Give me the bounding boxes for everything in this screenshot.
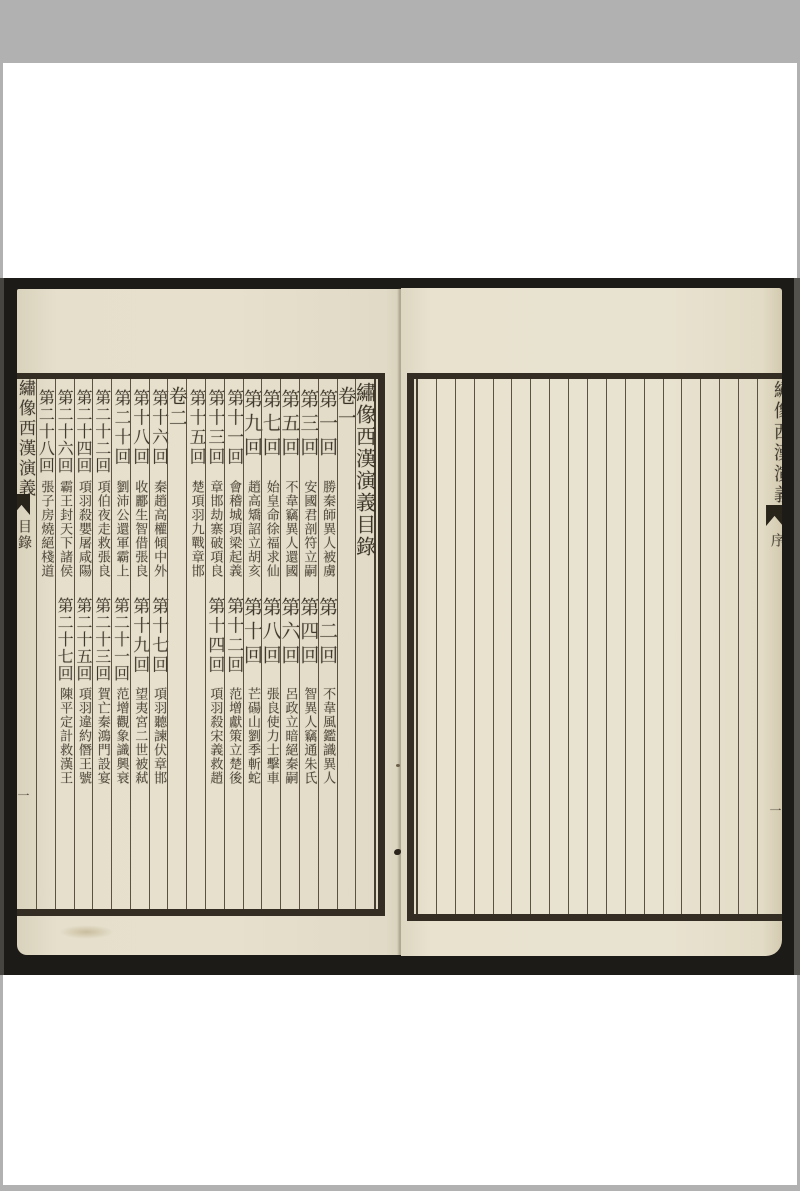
fishtail-mark: [17, 494, 30, 515]
blank-column: [607, 379, 626, 914]
spine-title: 繡像西漢演義: [17, 379, 36, 499]
left-page: 繡像西漢演義 目錄 一 第二十八回張子房燒絕棧道第二十六回霸王封天下諸侯第二十七…: [17, 289, 401, 955]
chapter-title: 勝秦師異人被虜: [318, 480, 337, 578]
chapter-title: 芒碭山劉季斬蛇: [243, 687, 262, 785]
chapter-title: 不韋風鑑識異人: [318, 687, 337, 785]
blank-column: [531, 379, 550, 914]
chapter-title: 項羽殺嬰屠咸陽: [74, 480, 93, 578]
photo-left-edge: [0, 278, 4, 975]
spine-title: 繡像西漢演義: [768, 380, 782, 506]
chapter-title: 項伯夜走救張良: [93, 480, 112, 578]
blank-column: [494, 379, 513, 914]
chapter-title: 會稽城項梁起義: [224, 480, 243, 578]
right-page-frame: 繡像西漢演義 序 一: [407, 373, 782, 921]
ink-speck: [396, 764, 400, 767]
chapter-title: 張良使力士擊車: [262, 687, 281, 785]
toc-header: 繡像西漢演義目錄: [351, 382, 380, 558]
spine-section-label: 目錄: [17, 519, 34, 551]
left-page-spine: 繡像西漢演義 目錄 一: [17, 379, 36, 909]
chapter-title: 賀亡秦鴻門設宴: [93, 687, 112, 785]
chapter-title: 呂政立暗絕秦嗣: [281, 687, 300, 785]
chapter-title: 霸王封天下諸侯: [55, 480, 74, 578]
right-frame-left-border: [407, 379, 418, 914]
toc-column: 第二十六回霸王封天下諸侯第二十七回陳平定計救漢王: [55, 379, 74, 909]
chapter-title: 楚項羽九戰章邯: [187, 480, 206, 578]
blank-column: [418, 379, 437, 914]
toc-column: 第二十八回張子房燒絕棧道: [36, 379, 55, 909]
scan-canvas: 繡像西漢演義 目錄 一 第二十八回張子房燒絕棧道第二十六回霸王封天下諸侯第二十七…: [0, 0, 800, 1191]
blank-column: [645, 379, 664, 914]
chapter-title: 趙高矯詔立胡亥: [243, 480, 262, 578]
blank-column: [626, 379, 645, 914]
chapter-title: 項羽聽諫伏章邯: [149, 687, 168, 785]
blank-column: [720, 379, 739, 914]
blank-column: [456, 379, 475, 914]
fishtail-mark: [766, 505, 782, 526]
chapter-title: 安國君剖符立嗣: [299, 480, 318, 578]
blank-column: [512, 379, 531, 914]
blank-column: [569, 379, 588, 914]
chapter-title: 章邯劫寨破項良: [205, 480, 224, 578]
chapter-title: 望夷宮二世被弒: [130, 687, 149, 785]
blank-column: [437, 379, 456, 914]
spine-section-label: 序: [767, 533, 782, 547]
photo-right-edge: [794, 278, 800, 975]
blank-column: [664, 379, 683, 914]
folio-number: 一: [767, 804, 782, 816]
chapter-title: 項羽違約僭王號: [74, 687, 93, 785]
toc-column: 繡像西漢演義目錄: [355, 379, 374, 909]
chapter-title: 不韋竊異人還國: [281, 480, 300, 578]
folio-number: 一: [17, 789, 32, 801]
chapter-title: 張子房燒絕棧道: [36, 480, 55, 578]
chapter-title: 范增獻策立楚後: [224, 687, 243, 785]
right-page: 繡像西漢演義 序 一: [401, 288, 782, 956]
blank-column: [682, 379, 701, 914]
book-photo: 繡像西漢演義 目錄 一 第二十八回張子房燒絕棧道第二十六回霸王封天下諸侯第二十七…: [0, 278, 800, 975]
chapter-title: 項羽殺宋義救趙: [205, 687, 224, 785]
blank-column: [739, 379, 758, 914]
toc-column: 第一回勝秦師異人被虜第二回不韋風鑑識異人: [318, 379, 337, 909]
chapter-title: 秦趙高權傾中外: [149, 480, 168, 578]
chapter-title: 智異人竊通朱氏: [299, 687, 318, 785]
chapter-title: 始皇命徐福求仙: [262, 480, 281, 578]
blank-column: [701, 379, 720, 914]
chapter-title: 劉沛公還軍霸上: [112, 480, 131, 578]
chapter-title: 范增觀象識興衰: [112, 687, 131, 785]
paper-stain: [59, 925, 114, 939]
right-page-spine: 繡像西漢演義 序 一: [758, 379, 782, 914]
toc-column: 第十六回秦趙高權傾中外第十七回項羽聽諫伏章邯: [149, 379, 168, 909]
chapter-title: 陳平定計救漢王: [55, 687, 74, 785]
blank-column: [475, 379, 494, 914]
chapter-title: 收酈生智借張良: [130, 480, 149, 578]
toc-column: 第二十四回項羽殺嬰屠咸陽第二十五回項羽違約僭王號: [74, 379, 93, 909]
blank-column: [588, 379, 607, 914]
blank-column: [550, 379, 569, 914]
left-page-frame: 繡像西漢演義 目錄 一 第二十八回張子房燒絕棧道第二十六回霸王封天下諸侯第二十七…: [17, 373, 385, 916]
